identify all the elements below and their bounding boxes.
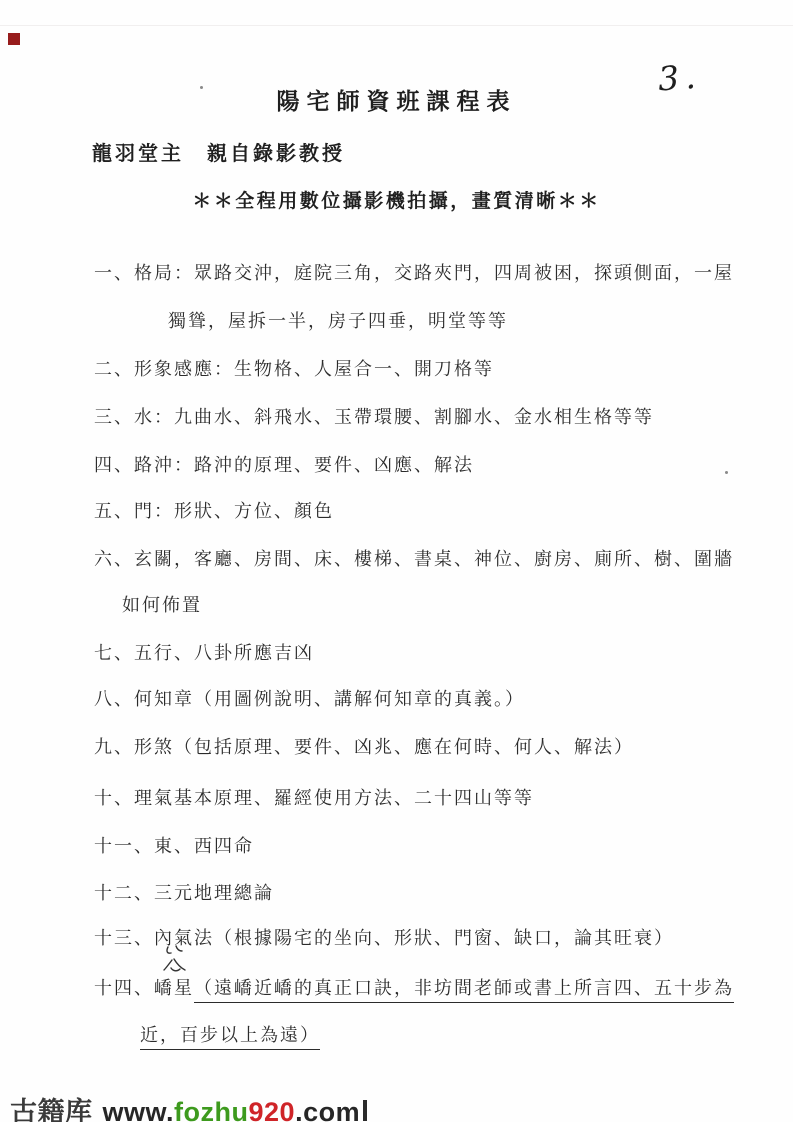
watermark-url-suffix: .com xyxy=(295,1097,360,1122)
page-title: 陽宅師資班課程表 xyxy=(0,83,793,116)
course-item-2: 二、形象感應：生物格、人屋合一、開刀格等 xyxy=(94,355,494,381)
course-item-6: 六、玄關，客廳、房間、床、樓梯、書桌、神位、廚房、廁所、樹、圍牆 xyxy=(94,545,734,571)
course-item-14-prefix: 十四、嶠星 xyxy=(94,978,194,999)
watermark-url-www: www. xyxy=(103,1097,175,1122)
course-item-11: 十一、東、西四命 xyxy=(94,832,254,858)
scan-speck xyxy=(725,471,728,474)
handwritten-phonetic-mark-icon xyxy=(162,944,188,976)
course-item-14: 十四、嶠星（遠嶠近嶠的真正口訣，非坊間老師或書上所言四、五十步為 xyxy=(94,974,734,1000)
course-item-7: 七、五行、八卦所應吉凶 xyxy=(94,639,314,665)
course-item-6-continued: 如何佈置 xyxy=(122,591,202,617)
course-item-14-underlined-text: （遠嶠近嶠的真正口訣，非坊間老師或書上所言四、五十步為 xyxy=(194,978,734,1003)
watermark: 古籍库www.fozhu920.com xyxy=(10,1090,367,1122)
scanned-document-page: 3. 陽宅師資班課程表 龍羽堂主 親自錄影教授 ＊＊全程用數位攝影機拍攝，畫質清… xyxy=(0,0,793,1122)
watermark-url-red: 920 xyxy=(249,1097,296,1122)
watermark-site-name: 古籍库 xyxy=(10,1097,93,1122)
course-item-1: 一、格局：眾路交沖，庭院三角，交路夾門，四周被困，探頭側面，一屋 xyxy=(94,259,734,285)
course-item-14-underlined-text-2: 近，百步以上為遠） xyxy=(140,1025,320,1050)
video-quality-note: ＊＊全程用數位攝影機拍攝，畫質清晰＊＊ xyxy=(0,186,793,213)
course-item-10: 十、理氣基本原理、羅經使用方法、二十四山等等 xyxy=(94,784,534,810)
teaching-method-note: 親自錄影教授 xyxy=(207,137,345,166)
studio-name: 龍羽堂主 xyxy=(92,137,184,166)
course-item-8: 八、何知章（用圖例說明、講解何知章的真義。） xyxy=(94,685,525,711)
course-item-14-continued: 近，百步以上為遠） xyxy=(140,1021,320,1047)
course-item-5: 五、門：形狀、方位、顏色 xyxy=(94,497,334,523)
course-item-3: 三、水：九曲水、斜飛水、玉帶環腰、割腳水、金水相生格等等 xyxy=(94,403,654,429)
course-item-4: 四、路沖：路沖的原理、要件、凶應、解法 xyxy=(94,451,474,477)
watermark-cutoff-mark xyxy=(363,1100,367,1121)
corner-red-mark xyxy=(8,33,20,45)
course-item-12: 十二、三元地理總論 xyxy=(94,879,274,905)
course-item-1-continued: 獨聳，屋拆一半，房子四垂，明堂等等 xyxy=(168,307,508,333)
course-item-9: 九、形煞（包括原理、要件、凶兆、應在何時、何人、解法） xyxy=(94,733,634,759)
watermark-url-green: fozhu xyxy=(174,1097,248,1122)
scan-line-artifact xyxy=(0,25,793,26)
